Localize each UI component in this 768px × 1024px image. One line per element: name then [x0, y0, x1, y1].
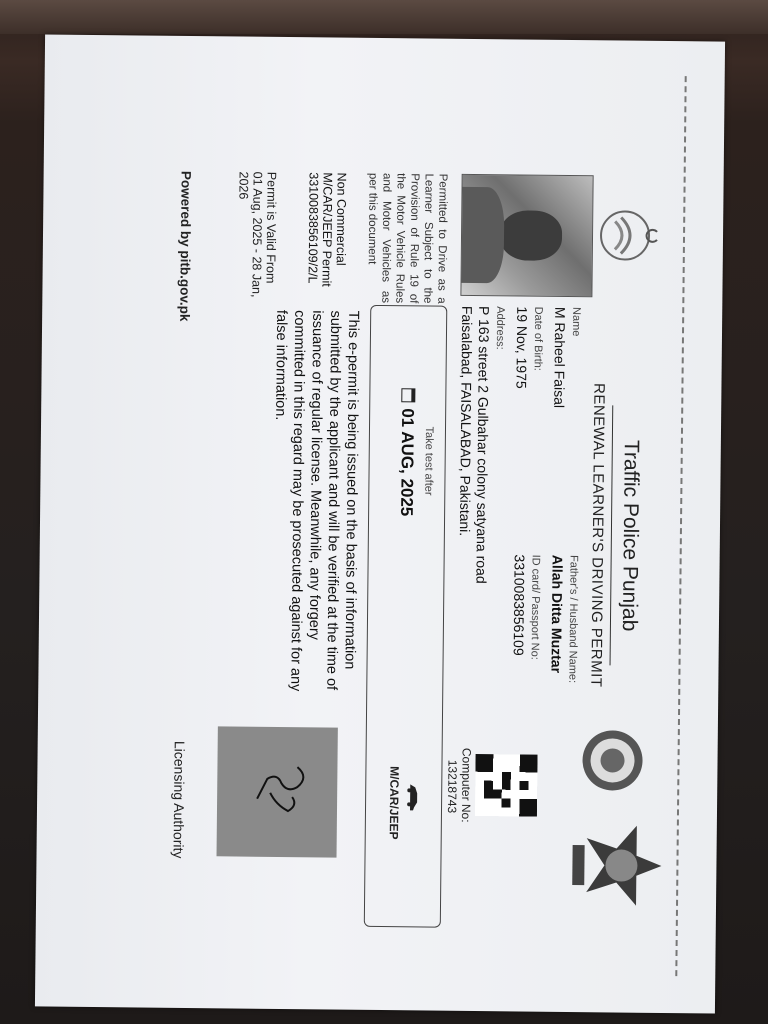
- dob-value: 19 Nov, 1975: [513, 306, 530, 388]
- table-edge: [0, 0, 768, 34]
- permit-paper: Traffic Police Punjab RENEWAL LEARNER'S …: [35, 34, 725, 1013]
- document-title: Traffic Police Punjab: [616, 336, 644, 736]
- applicant-photo: [460, 174, 593, 297]
- address-label: Address:: [494, 306, 506, 350]
- test-date: 01 AUG, 2025: [396, 408, 417, 516]
- validity-value: 01 Aug, 2025 - 28 Jan, 2026: [235, 171, 264, 311]
- car-icon: [407, 782, 419, 812]
- address-value: P 163 street 2 Gulbahar colony satyana r…: [455, 306, 493, 646]
- computer-no-value: 13218743: [445, 760, 460, 814]
- document-subtitle: RENEWAL LEARNER'S DRIVING PERMIT: [586, 295, 608, 775]
- signature-stamp: [217, 726, 338, 857]
- signature-icon: [217, 726, 338, 857]
- father-value: Allah Ditta Muztar: [548, 555, 565, 673]
- qr-code-icon: [475, 754, 538, 817]
- test-date-box: Take test after 01 AUG, 2025 M/CAR/JEEP: [364, 305, 448, 928]
- photo-face: [500, 210, 563, 261]
- disclaimer-text: This e-permit is being issued on the bas…: [268, 310, 362, 701]
- vehicle-class: M/CAR/JEEP: [387, 766, 402, 840]
- validity: Permit is Valid From 01 Aug, 2025 - 28 J…: [235, 171, 278, 311]
- id-label: ID card/ Passport No:: [529, 555, 542, 660]
- name-label: Name: [570, 307, 582, 336]
- punjab-police-badge-icon: [556, 820, 667, 911]
- dob-label: Date of Birth:: [532, 307, 545, 371]
- id-value: 3310083856109: [511, 554, 528, 655]
- computer-no-label: Computer No:: [459, 748, 474, 823]
- powered-by: Powered by pitb.gov.pk: [177, 171, 194, 322]
- licensing-authority: Licensing Authority: [170, 741, 187, 859]
- perforation-line: [675, 76, 686, 976]
- permit-note: Permitted to Drive as a Learner Subject …: [364, 173, 449, 304]
- permit-type: Non Commercial M/CAR/JEEP Permit 3310083…: [305, 172, 348, 312]
- validity-label: Permit is Valid From: [263, 172, 278, 312]
- photo-shoulders: [462, 187, 505, 283]
- traffic-police-logo-icon: [577, 725, 648, 796]
- father-label: Father's / Husband Name:: [566, 555, 579, 683]
- permit-document: Traffic Police Punjab RENEWAL LEARNER'S …: [65, 70, 694, 976]
- name-value: M Raheel Faisal: [551, 307, 568, 408]
- punjab-government-logo-icon: [589, 195, 670, 276]
- test-label: Take test after: [422, 426, 435, 495]
- title-divider: [610, 405, 614, 665]
- calendar-icon: [401, 388, 415, 402]
